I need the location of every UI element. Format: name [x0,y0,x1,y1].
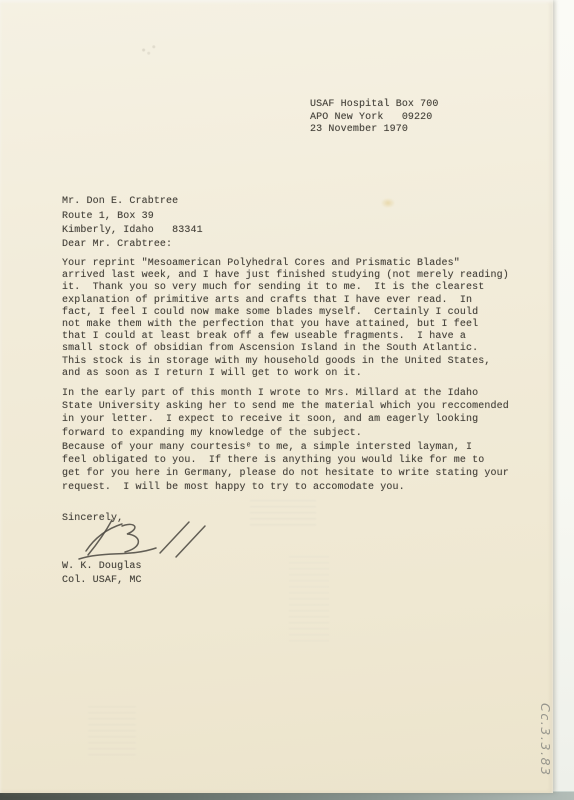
bleed-through-mark [300,424,328,476]
scanned-letter-page: USAF Hospital Box 700 APO New York 09220… [0,0,574,800]
body-line: small stock of obsidian from Ascension I… [62,343,509,355]
body-line: explanation of primitive arts and crafts… [62,295,509,307]
body-line: In the early part of this month I wrote … [62,387,509,400]
archival-edge-annotation: Cc.3.3.83 [536,703,553,785]
body-line: and as soon as I return I will get to wo… [62,368,509,380]
body-paragraph-2: In the early part of this month I wrote … [62,387,509,440]
salutation: Dear Mr. Crabtree: [62,238,172,253]
sender-line: APO New York 09220 [310,112,439,125]
bleed-through-mark [250,500,316,528]
body-line: it. Thank you so very much for sending i… [62,282,509,294]
body-line: State University asking her to send me t… [62,400,509,413]
body-line: Your reprint "Mesoamerican Polyhedral Co… [62,258,509,270]
body-line: This stock is in storage with my househo… [62,356,509,368]
letter-paper: USAF Hospital Box 700 APO New York 09220… [0,0,553,793]
body-line: fact, I feel I could now make some blade… [62,307,509,319]
body-line: get for you here in Germany, please do n… [62,467,509,480]
recipient-city: Kimberly, Idaho 83341 [62,224,203,239]
sender-address-block: USAF Hospital Box 700 APO New York 09220… [310,99,439,137]
body-line: feel obligated to you. If there is anyth… [62,454,509,467]
body-line: request. I will be most happy to try to … [62,481,509,494]
scanner-background-strip [552,0,574,794]
date-line: 23 November 1970 [310,124,439,137]
bleed-through-mark [88,706,136,760]
body-paragraph-3: Because of your many courtesisᵉ to me, a… [62,441,509,494]
signature-block: W. K. Douglas Col. USAF, MC [62,560,142,587]
body-line: forward to expanding my knowledge of the… [62,427,509,440]
body-line: that I could at least break off a few us… [62,331,509,343]
body-line: arrived last week, and I have just finis… [62,270,509,282]
paper-stain [381,198,395,208]
handwritten-signature [76,517,246,563]
recipient-address-block: Mr. Don E. Crabtree Route 1, Box 39 Kimb… [62,195,203,239]
body-line: in your letter. I expect to receive it s… [62,413,509,426]
recipient-name: Mr. Don E. Crabtree [62,195,203,210]
salutation-line: Dear Mr. Crabtree: [62,238,172,253]
body-line: Because of your many courtesisᵉ to me, a… [62,441,509,454]
bleed-through-mark [289,556,329,644]
paper-speckle [130,42,164,58]
sender-line: USAF Hospital Box 700 [310,99,439,112]
signature-name: W. K. Douglas [62,560,142,574]
signature-title: Col. USAF, MC [62,574,142,588]
recipient-street: Route 1, Box 39 [62,210,203,225]
body-paragraph-1: Your reprint "Mesoamerican Polyhedral Co… [62,258,509,380]
body-line: not make them with the perfection that y… [62,319,509,331]
